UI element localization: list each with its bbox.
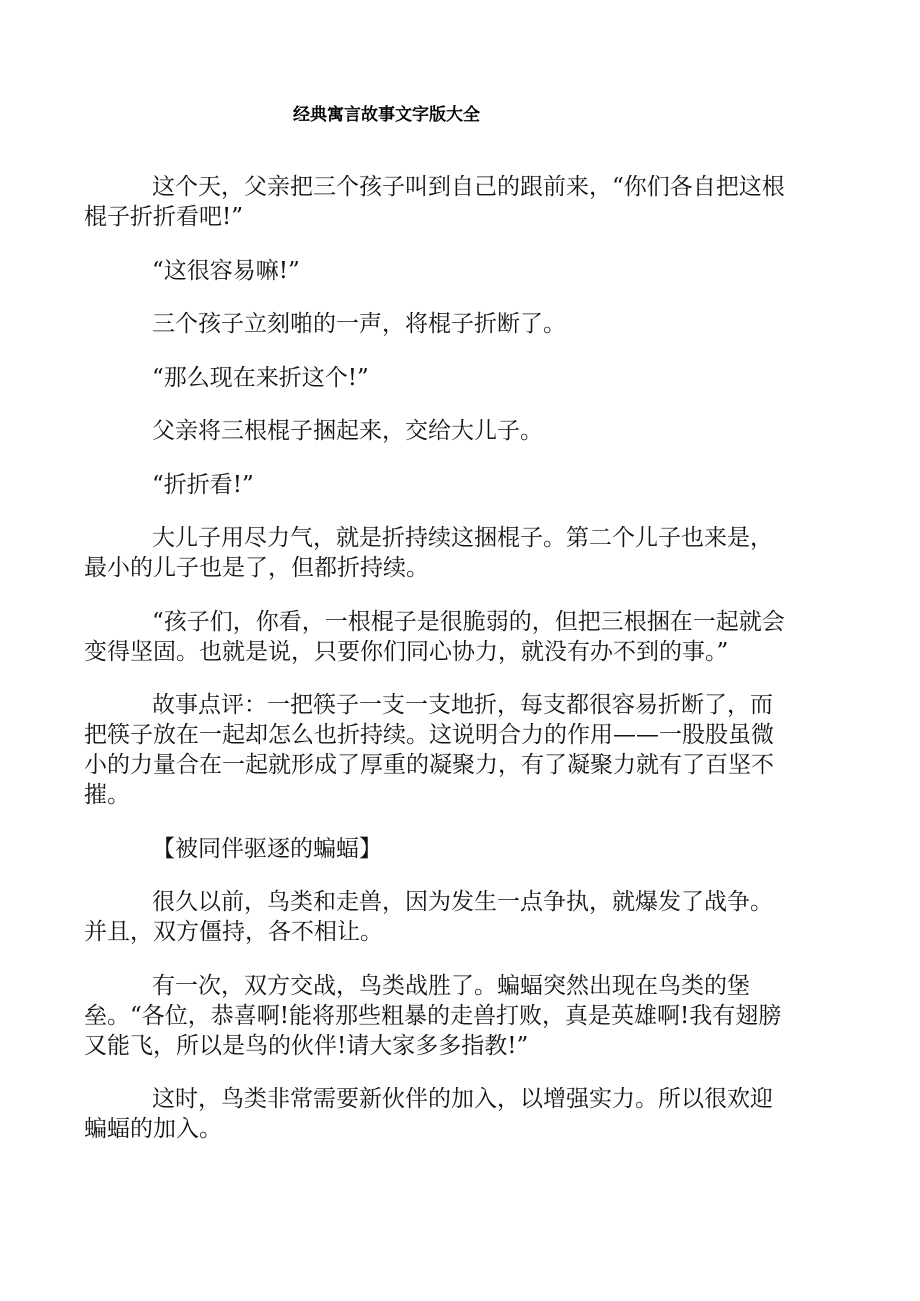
- paragraph: 大儿子用尽力气，就是折持续这捆棍子。第二个儿子也来是，最小的儿子也是了，但都折持…: [84, 523, 794, 583]
- paragraph: 有一次，双方交战，鸟类战胜了。蝙蝠突然出现在鸟类的堡垒。“各位，恭喜啊!能将那些…: [84, 971, 794, 1061]
- paragraph: “那么现在来折这个!”: [84, 363, 794, 393]
- paragraph: 很久以前，鸟类和走兽，因为发生一点争执，就爆发了战争。并且，双方僵持，各不相让。: [84, 887, 794, 947]
- document-body: 这个天，父亲把三个孩子叫到自己的跟前来，“你们各自把这根棍子折折看吧!” “这很…: [84, 172, 824, 1144]
- paragraph: 父亲将三根棍子捆起来，交给大儿子。: [84, 416, 794, 446]
- paragraph: 这时，鸟类非常需要新伙伴的加入，以增强实力。所以很欢迎蝙蝠的加入。: [84, 1084, 794, 1144]
- paragraph: 三个孩子立刻啪的一声，将棍子折断了。: [84, 309, 794, 339]
- document-page: 经典寓言故事文字版大全 这个天，父亲把三个孩子叫到自己的跟前来，“你们各自把这根…: [0, 0, 920, 1301]
- paragraph: “折折看!”: [84, 470, 794, 500]
- paragraph: “这很容易嘛!”: [84, 256, 794, 286]
- section-heading: 【被同伴驱逐的蝙蝠】: [84, 834, 794, 864]
- document-title: 经典寓言故事文字版大全: [293, 105, 836, 125]
- paragraph: 这个天，父亲把三个孩子叫到自己的跟前来，“你们各自把这根棍子折折看吧!”: [84, 172, 794, 232]
- paragraph-story-review: 故事点评：一把筷子一支一支地折，每支都很容易折断了，而把筷子放在一起却怎么也折持…: [84, 690, 794, 810]
- paragraph: “孩子们，你看，一根棍子是很脆弱的，但把三根捆在一起就会变得坚固。也就是说，只要…: [84, 607, 794, 667]
